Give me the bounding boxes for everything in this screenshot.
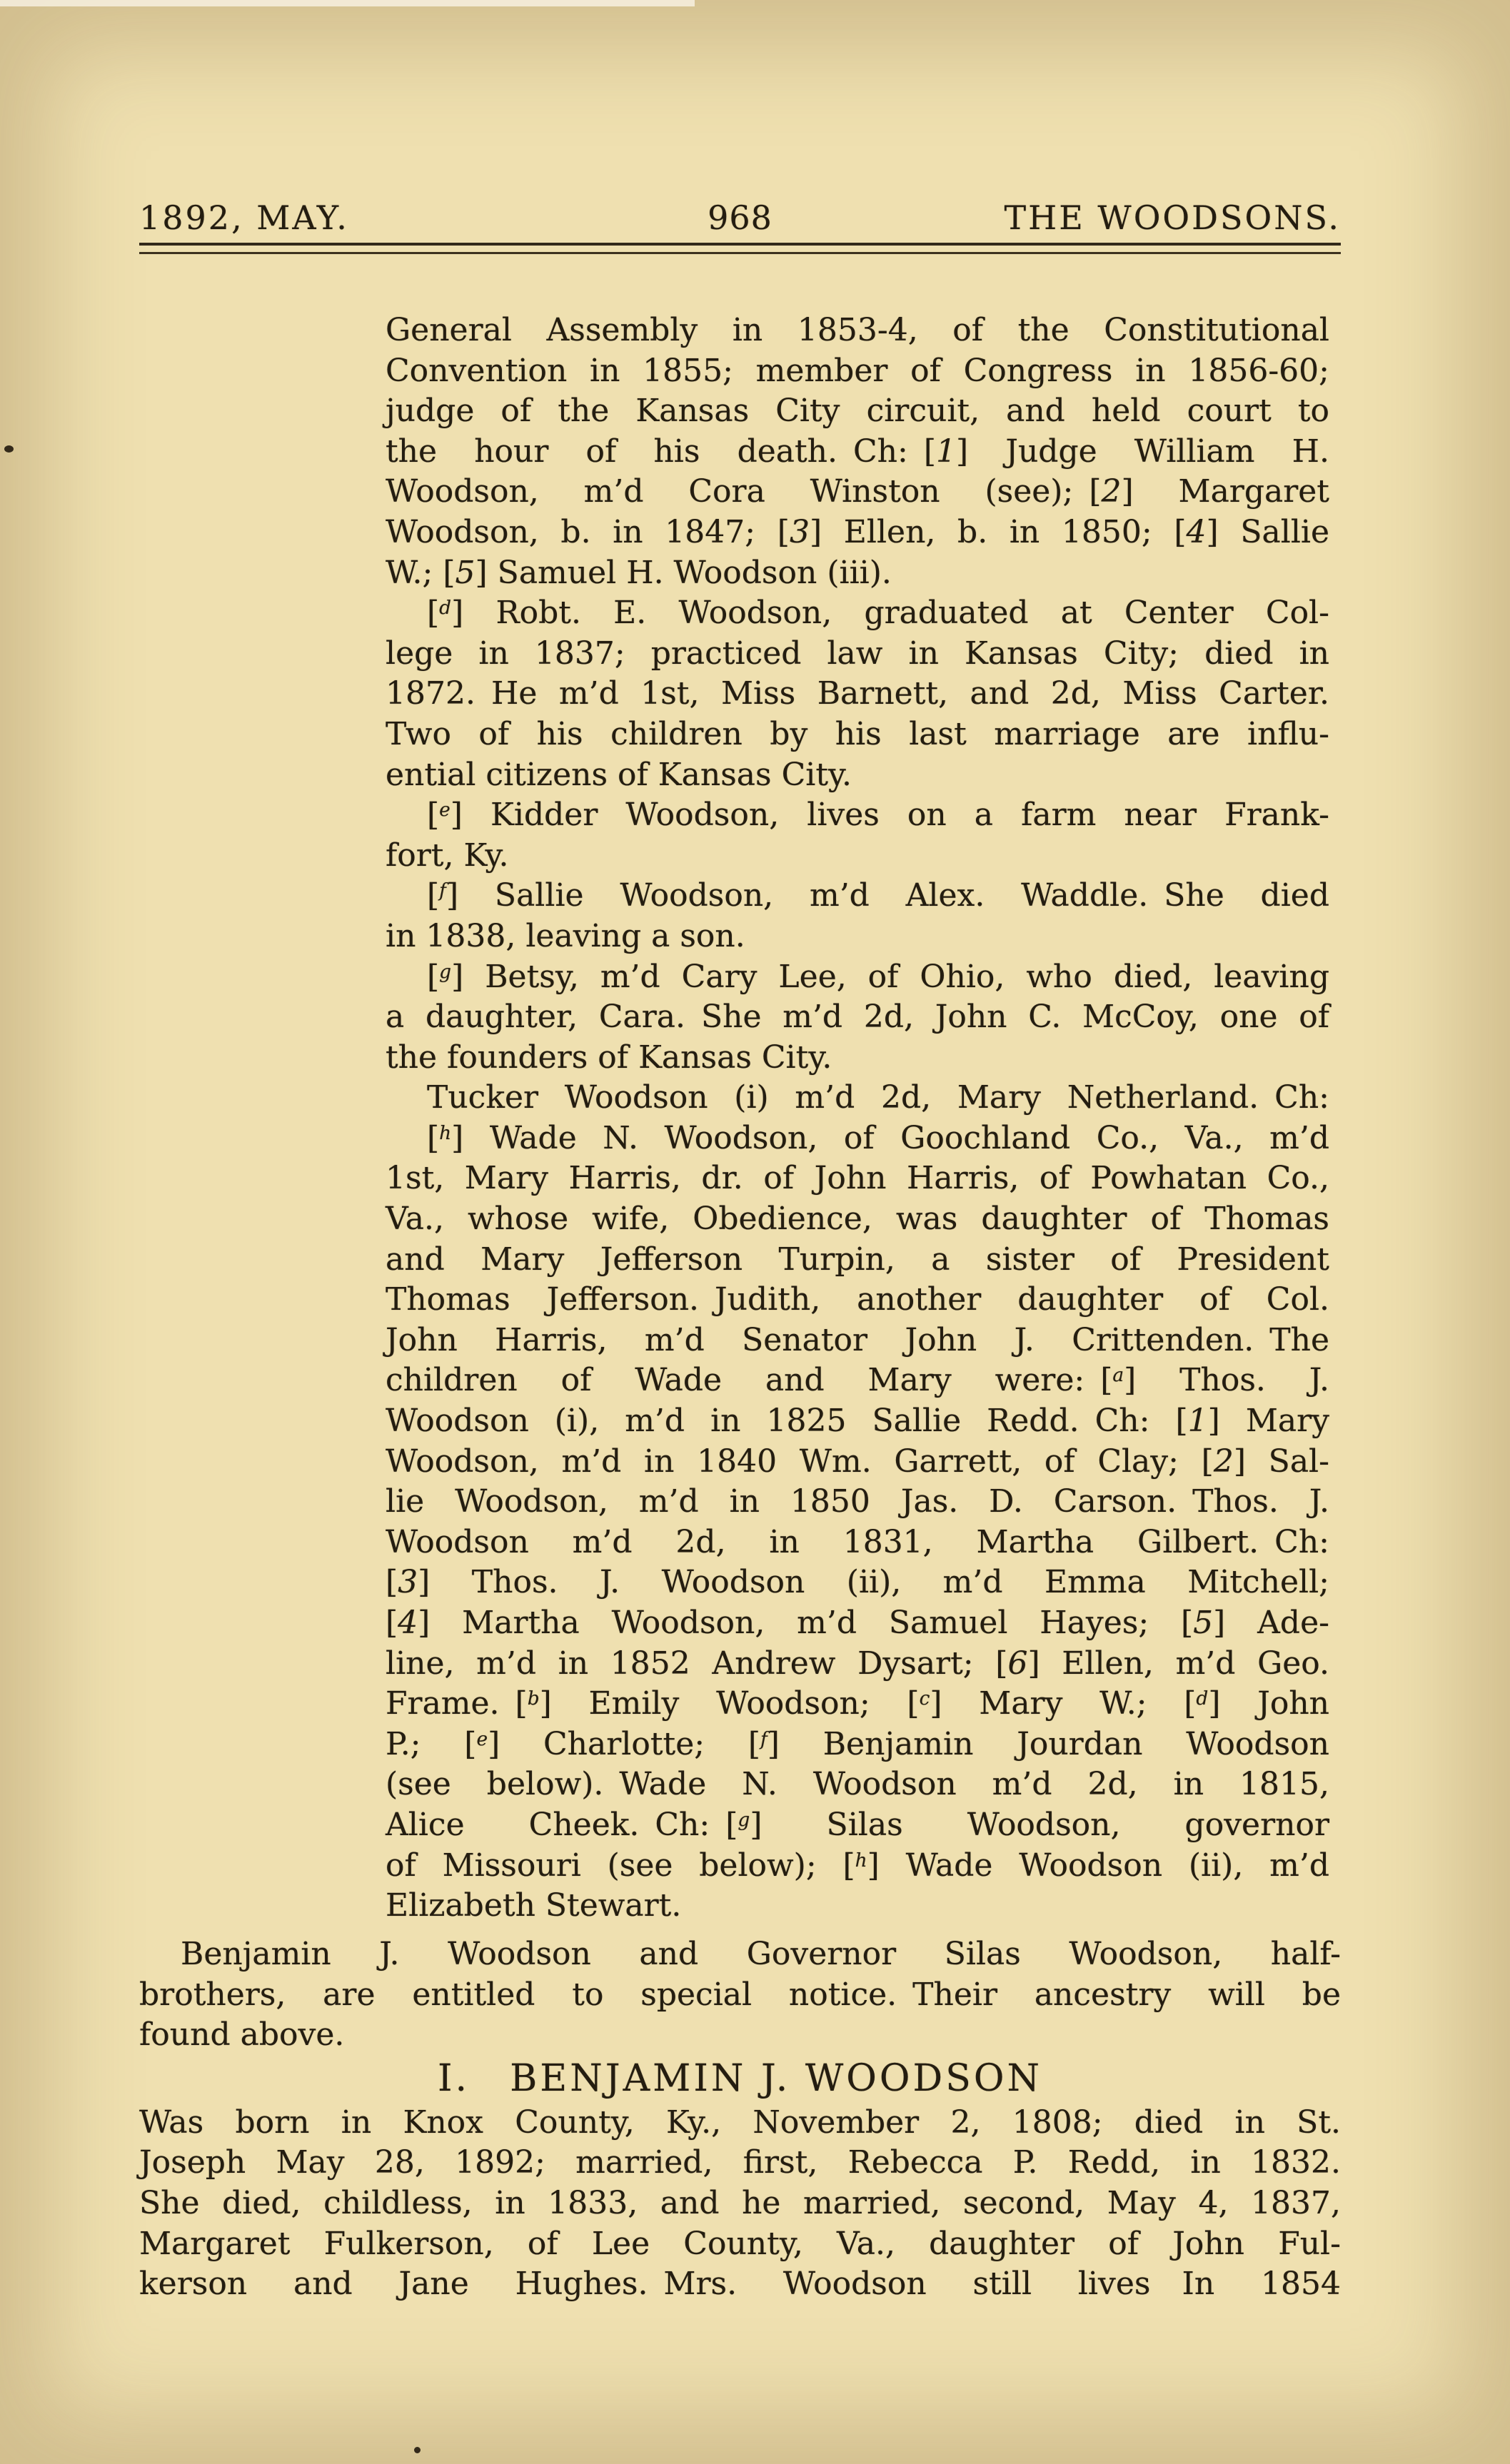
text-line: line, m’d in 1852 Andrew Dysart; [6] Ell… (386, 1644, 1329, 1685)
text-line: P.; [e] Charlotte; [f] Benjamin Jourdan … (386, 1725, 1329, 1765)
running-header: 1892, MAY. 968 THE WOODSONS. (139, 198, 1341, 237)
text-line: lege in 1837; practiced law in Kansas Ci… (386, 634, 1329, 675)
text-line: Convention in 1855; member of Congress i… (386, 351, 1329, 392)
text-line: Two of his children by his last marriage… (386, 715, 1329, 755)
text-line: Woodson, b. in 1847; [3] Ellen, b. in 18… (386, 513, 1329, 553)
benjamin-section: Benjamin J. Woodson and Governor Silas W… (139, 1934, 1341, 2305)
child-number: 4 (1187, 514, 1207, 550)
text-line: Elizabeth Stewart. (386, 1886, 1329, 1927)
footnote-marker: a (1112, 1364, 1124, 1386)
footnote-marker: e (476, 1728, 488, 1750)
text-line: Thomas Jefferson. Judith, another daught… (386, 1280, 1329, 1321)
text-line: Woodson m’d 2d, in 1831, Martha Gilbert.… (386, 1523, 1329, 1563)
paragraph: Tucker Woodson (i) m’d 2d, Mary Netherla… (386, 1078, 1329, 1119)
text-line: [4] Martha Woodson, m’d Samuel Hayes; [5… (386, 1603, 1329, 1644)
genealogy-text-block: General Assembly in 1853-4, of the Const… (386, 310, 1329, 1927)
ink-speck (4, 445, 14, 453)
section-body: Was born in Knox County, Ky., November 2… (139, 2103, 1341, 2305)
text-line: Woodson, m’d in 1840 Wm. Garrett, of Cla… (386, 1442, 1329, 1483)
ink-speck (414, 2447, 421, 2453)
text-line: lie Woodson, m’d in 1850 Jas. D. Carson.… (386, 1482, 1329, 1523)
text-line: of Missouri (see below); [h] Wade Woodso… (386, 1846, 1329, 1887)
section-intro: Benjamin J. Woodson and Governor Silas W… (139, 1934, 1341, 2056)
text-line: fort, Ky. (386, 836, 1329, 877)
paragraph: [g] Betsy, m’d Cary Lee, of Ohio, who di… (386, 957, 1329, 1079)
header-rule (139, 243, 1341, 254)
footnote-marker: f (760, 1728, 767, 1750)
scan-edge-artifact (0, 0, 695, 6)
paragraph: General Assembly in 1853-4, of the Const… (386, 310, 1329, 593)
footnote-marker: d (1196, 1687, 1208, 1710)
footnote-marker: e (439, 799, 451, 821)
text-line: Was born in Knox County, Ky., November 2… (139, 2103, 1341, 2144)
text-line: Joseph May 28, 1892; married, first, Reb… (139, 2143, 1341, 2183)
text-line: the hour of his death. Ch: [1] Judge Wil… (386, 432, 1329, 473)
footnote-marker: f (439, 879, 446, 902)
text-line: brothers, are entitled to special notice… (139, 1975, 1341, 2016)
child-number: 1 (1188, 1403, 1208, 1439)
text-line: a daughter, Cara. She m’d 2d, John C. Mc… (386, 997, 1329, 1038)
text-line: 1st, Mary Harris, dr. of John Harris, of… (386, 1158, 1329, 1199)
section-heading: I. BENJAMIN J. WOODSON (139, 2057, 1341, 2100)
paragraph: [e] Kidder Woodson, lives on a farm near… (386, 795, 1329, 876)
text-line: found above. (139, 2015, 1341, 2056)
text-line: 1872. He m’d 1st, Miss Barnett, and 2d, … (386, 674, 1329, 715)
text-line: [h] Wade N. Woodson, of Goochland Co., V… (386, 1119, 1329, 1159)
text-line: Woodson (i), m’d in 1825 Sallie Redd. Ch… (386, 1401, 1329, 1442)
text-line: [e] Kidder Woodson, lives on a farm near… (386, 795, 1329, 836)
text-line: children of Wade and Mary were: [a] Thos… (386, 1360, 1329, 1401)
footnote-marker: h (439, 1122, 451, 1144)
child-number: 3 (398, 1564, 418, 1600)
child-number: 5 (1193, 1605, 1213, 1641)
footnote-marker: d (439, 597, 451, 619)
paragraph: Benjamin J. Woodson and Governor Silas W… (139, 1934, 1341, 2056)
text-line: and Mary Jefferson Turpin, a sister of P… (386, 1240, 1329, 1281)
paragraph: [d] Robt. E. Woodson, graduated at Cente… (386, 593, 1329, 795)
paragraph: Was born in Knox County, Ky., November 2… (139, 2103, 1341, 2305)
text-line: W.; [5] Samuel H. Woodson (iii). (386, 553, 1329, 594)
footnote-marker: g (738, 1809, 750, 1831)
child-number: 4 (398, 1605, 418, 1641)
text-line: Frame. [b] Emily Woodson; [c] Mary W.; [… (386, 1684, 1329, 1725)
footnote-marker: h (855, 1849, 867, 1871)
text-line: (see below). Wade N. Woodson m’d 2d, in … (386, 1764, 1329, 1805)
text-line: [g] Betsy, m’d Cary Lee, of Ohio, who di… (386, 957, 1329, 998)
paragraph: [h] Wade N. Woodson, of Goochland Co., V… (386, 1119, 1329, 1927)
text-line: She died, childless, in 1833, and he mar… (139, 2183, 1341, 2224)
book-page: 1892, MAY. 968 THE WOODSONS. General Ass… (0, 0, 1510, 2464)
text-line: Tucker Woodson (i) m’d 2d, Mary Netherla… (386, 1078, 1329, 1119)
text-line: Woodson, m’d Cora Winston (see); [2] Mar… (386, 472, 1329, 513)
text-line: Benjamin J. Woodson and Governor Silas W… (139, 1934, 1341, 1975)
text-line: ential citizens of Kansas City. (386, 755, 1329, 796)
text-line: General Assembly in 1853-4, of the Const… (386, 310, 1329, 351)
child-number: 3 (790, 514, 810, 550)
header-title: THE WOODSONS. (1004, 198, 1341, 237)
text-line: Va., whose wife, Obedience, was daughter… (386, 1199, 1329, 1240)
footnote-marker: g (439, 960, 451, 982)
paragraph: [f] Sallie Woodson, m’d Alex. Waddle. Sh… (386, 876, 1329, 956)
text-line: [3] Thos. J. Woodson (ii), m’d Emma Mitc… (386, 1562, 1329, 1603)
text-line: Margaret Fulkerson, of Lee County, Va., … (139, 2224, 1341, 2265)
text-line: kerson and Jane Hughes. Mrs. Woodson sti… (139, 2264, 1341, 2305)
text-line: Alice Cheek. Ch: [g] Silas Woodson, gove… (386, 1805, 1329, 1846)
text-line: John Harris, m’d Senator John J. Critten… (386, 1321, 1329, 1361)
text-line: [f] Sallie Woodson, m’d Alex. Waddle. Sh… (386, 876, 1329, 917)
text-line: judge of the Kansas City circuit, and he… (386, 391, 1329, 432)
child-number: 1 (936, 433, 956, 470)
text-line: in 1838, leaving a son. (386, 917, 1329, 957)
child-number: 5 (455, 555, 475, 591)
child-number: 6 (1007, 1645, 1027, 1682)
text-line: [d] Robt. E. Woodson, graduated at Cente… (386, 593, 1329, 634)
child-number: 2 (1214, 1443, 1234, 1480)
footnote-marker: b (528, 1687, 540, 1710)
footnote-marker: c (920, 1687, 930, 1710)
text-line: the founders of Kansas City. (386, 1038, 1329, 1079)
child-number: 2 (1101, 473, 1121, 510)
